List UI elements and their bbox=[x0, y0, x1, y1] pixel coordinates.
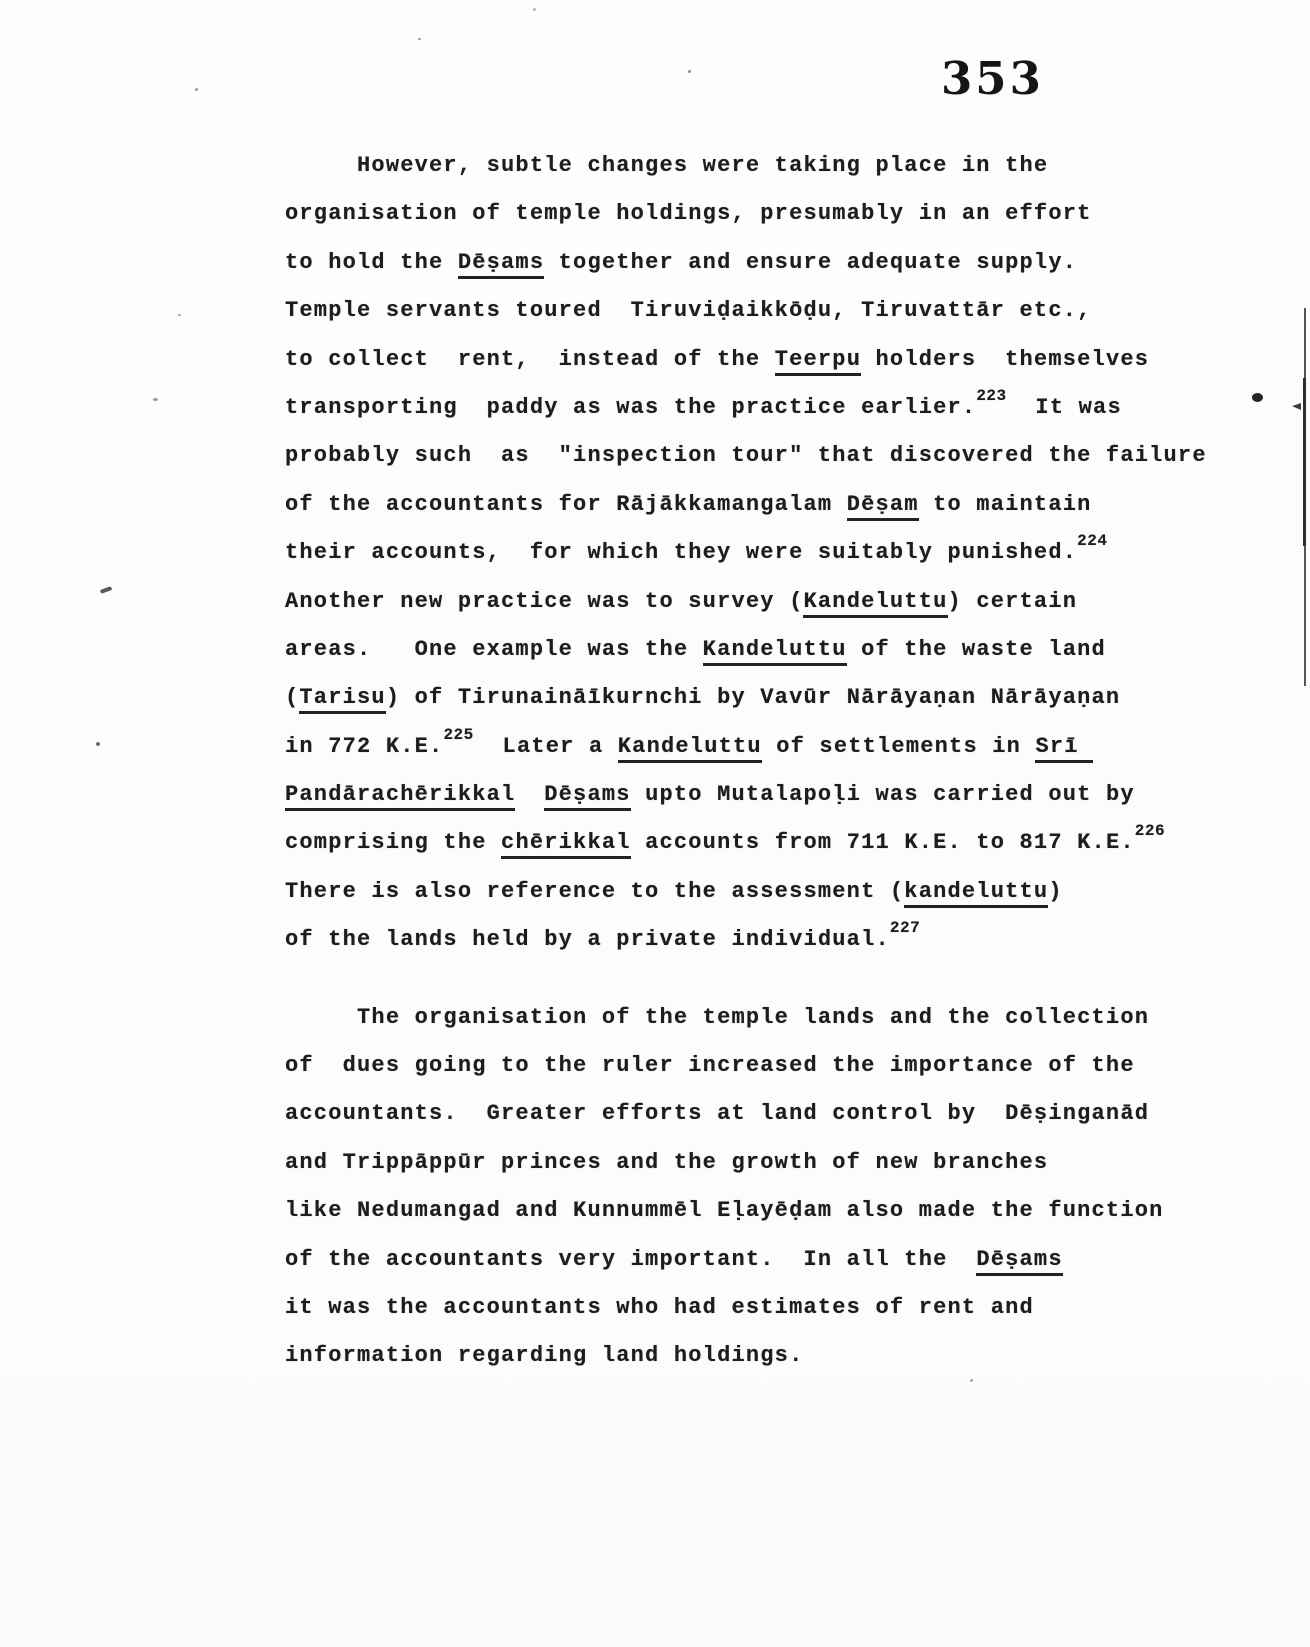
underlined-term: Kandeluttu bbox=[703, 637, 847, 666]
text-segment: However, subtle changes were taking plac… bbox=[285, 153, 1048, 178]
text-segment: to maintain bbox=[919, 492, 1092, 517]
text-segment: ) bbox=[1048, 879, 1062, 904]
text-segment: it was the accountants who had estimates… bbox=[285, 1295, 1034, 1320]
text-line: of the lands held by a private individua… bbox=[285, 916, 1225, 964]
footnote-ref: 226 bbox=[1135, 822, 1165, 840]
text-segment: of dues going to the ruler increased the… bbox=[285, 1053, 1135, 1078]
text-line: like Nedumangad and Kunnummēl Eḷayēḍam a… bbox=[285, 1187, 1225, 1235]
scan-speck bbox=[195, 88, 198, 91]
text-segment: to hold the bbox=[285, 250, 458, 275]
text-line: and Trippāppūr princes and the growth of… bbox=[285, 1139, 1225, 1187]
text-segment: of the accountants very important. In al… bbox=[285, 1247, 976, 1272]
underlined-term: Dēṣams bbox=[976, 1247, 1062, 1276]
text-line: accountants. Greater efforts at land con… bbox=[285, 1090, 1225, 1138]
text-segment: like Nedumangad and Kunnummēl Eḷayēḍam a… bbox=[285, 1198, 1164, 1223]
text-line: to hold the Dēṣams together and ensure a… bbox=[285, 239, 1225, 287]
text-segment: Temple servants toured Tiruviḍaikkōḍu, T… bbox=[285, 298, 1092, 323]
paragraph-2: The organisation of the temple lands and… bbox=[285, 994, 1225, 1381]
underlined-term: chērikkal bbox=[501, 830, 631, 859]
underlined-term: Kandeluttu bbox=[803, 589, 947, 618]
scan-speck bbox=[100, 586, 113, 594]
text-line: comprising the chērikkal accounts from 7… bbox=[285, 819, 1225, 867]
text-segment: Later a bbox=[474, 734, 618, 759]
footnote-ref: 224 bbox=[1077, 532, 1107, 550]
scan-speck bbox=[688, 70, 691, 73]
text-segment: Another new practice was to survey ( bbox=[285, 589, 803, 614]
scan-speck bbox=[970, 1379, 973, 1382]
text-line: their accounts, for which they were suit… bbox=[285, 529, 1225, 577]
text-segment: of the lands held by a private individua… bbox=[285, 927, 890, 952]
scan-artifact-tick bbox=[1292, 403, 1301, 410]
text-line: to collect rent, instead of the Teerpu h… bbox=[285, 336, 1225, 384]
text-segment: comprising the bbox=[285, 830, 501, 855]
text-segment: of the waste land bbox=[847, 637, 1106, 662]
underlined-term: Tarisu bbox=[299, 685, 385, 714]
text-segment: It was bbox=[1007, 395, 1122, 420]
scan-speck bbox=[418, 38, 421, 40]
text-segment: upto Mutalapoḷi was carried out by bbox=[631, 782, 1135, 807]
text-segment: accounts from 711 K.E. to 817 K.E. bbox=[631, 830, 1135, 855]
text-segment: probably such as "inspection tour" that … bbox=[285, 443, 1207, 468]
scan-speck bbox=[178, 314, 181, 316]
text-segment: ) certain bbox=[948, 589, 1078, 614]
scan-speck bbox=[96, 742, 100, 746]
text-segment: ) of Tirunaināīkurnchi by Vavūr Nārāyaṇa… bbox=[386, 685, 1121, 710]
footnote-ref: 223 bbox=[976, 387, 1006, 405]
text-segment: transporting paddy as was the practice e… bbox=[285, 395, 976, 420]
text-segment: organisation of temple holdings, presuma… bbox=[285, 201, 1092, 226]
text-segment: of settlements in bbox=[762, 734, 1036, 759]
text-line: organisation of temple holdings, presuma… bbox=[285, 190, 1225, 238]
text-line: Temple servants toured Tiruviḍaikkōḍu, T… bbox=[285, 287, 1225, 335]
text-segment: in 772 K.E. bbox=[285, 734, 443, 759]
underlined-term: kandeluttu bbox=[904, 879, 1048, 908]
text-line: of the accountants very important. In al… bbox=[285, 1236, 1225, 1284]
footnote-ref: 225 bbox=[443, 726, 473, 744]
scan-speck bbox=[533, 8, 536, 11]
text-segment: The organisation of the temple lands and… bbox=[285, 1005, 1149, 1030]
text-segment bbox=[515, 782, 544, 807]
text-line: Another new practice was to survey (Kand… bbox=[285, 578, 1225, 626]
text-segment: of the accountants for Rājākkamangalam bbox=[285, 492, 847, 517]
underlined-term: Pandārachērikkal bbox=[285, 782, 515, 811]
text-line: However, subtle changes were taking plac… bbox=[285, 142, 1225, 190]
scan-speck bbox=[153, 398, 158, 401]
text-line: There is also reference to the assessmen… bbox=[285, 868, 1225, 916]
text-segment: areas. One example was the bbox=[285, 637, 703, 662]
text-segment: accountants. Greater efforts at land con… bbox=[285, 1101, 1149, 1126]
underlined-term: Teerpu bbox=[775, 347, 861, 376]
text-segment: to collect rent, instead of the bbox=[285, 347, 775, 372]
text-segment: together and ensure adequate supply. bbox=[544, 250, 1077, 275]
underlined-term: Dēṣams bbox=[544, 782, 630, 811]
text-segment: and Trippāppūr princes and the growth of… bbox=[285, 1150, 1048, 1175]
text-line: probably such as "inspection tour" that … bbox=[285, 432, 1225, 480]
text-line: information regarding land holdings. bbox=[285, 1332, 1225, 1380]
underlined-term: Srī bbox=[1035, 734, 1093, 763]
scan-artifact-vertical-line-dark bbox=[1303, 378, 1306, 546]
text-segment: information regarding land holdings. bbox=[285, 1343, 803, 1368]
page-number: 353 bbox=[941, 56, 1044, 101]
body-text: However, subtle changes were taking plac… bbox=[285, 142, 1225, 1381]
text-segment: ( bbox=[285, 685, 299, 710]
footnote-ref: 227 bbox=[890, 919, 920, 937]
scan-artifact-blob bbox=[1252, 393, 1263, 402]
underlined-term: Kandeluttu bbox=[618, 734, 762, 763]
underlined-term: Dēṣams bbox=[458, 250, 544, 279]
scanned-page: 353 However, subtle changes were taking … bbox=[0, 0, 1310, 1647]
text-line: Pandārachērikkal Dēṣams upto Mutalapoḷi … bbox=[285, 771, 1225, 819]
text-line: in 772 K.E.225 Later a Kandeluttu of set… bbox=[285, 723, 1225, 771]
text-line: The organisation of the temple lands and… bbox=[285, 994, 1225, 1042]
text-line: (Tarisu) of Tirunaināīkurnchi by Vavūr N… bbox=[285, 674, 1225, 722]
text-line: transporting paddy as was the practice e… bbox=[285, 384, 1225, 432]
paragraph-1: However, subtle changes were taking plac… bbox=[285, 142, 1225, 965]
text-segment: holders themselves bbox=[861, 347, 1149, 372]
underlined-term: Dēṣam bbox=[847, 492, 919, 521]
text-line: areas. One example was the Kandeluttu of… bbox=[285, 626, 1225, 674]
text-line: it was the accountants who had estimates… bbox=[285, 1284, 1225, 1332]
text-segment: There is also reference to the assessmen… bbox=[285, 879, 904, 904]
text-line: of the accountants for Rājākkamangalam D… bbox=[285, 481, 1225, 529]
text-segment: their accounts, for which they were suit… bbox=[285, 540, 1077, 565]
text-line: of dues going to the ruler increased the… bbox=[285, 1042, 1225, 1090]
